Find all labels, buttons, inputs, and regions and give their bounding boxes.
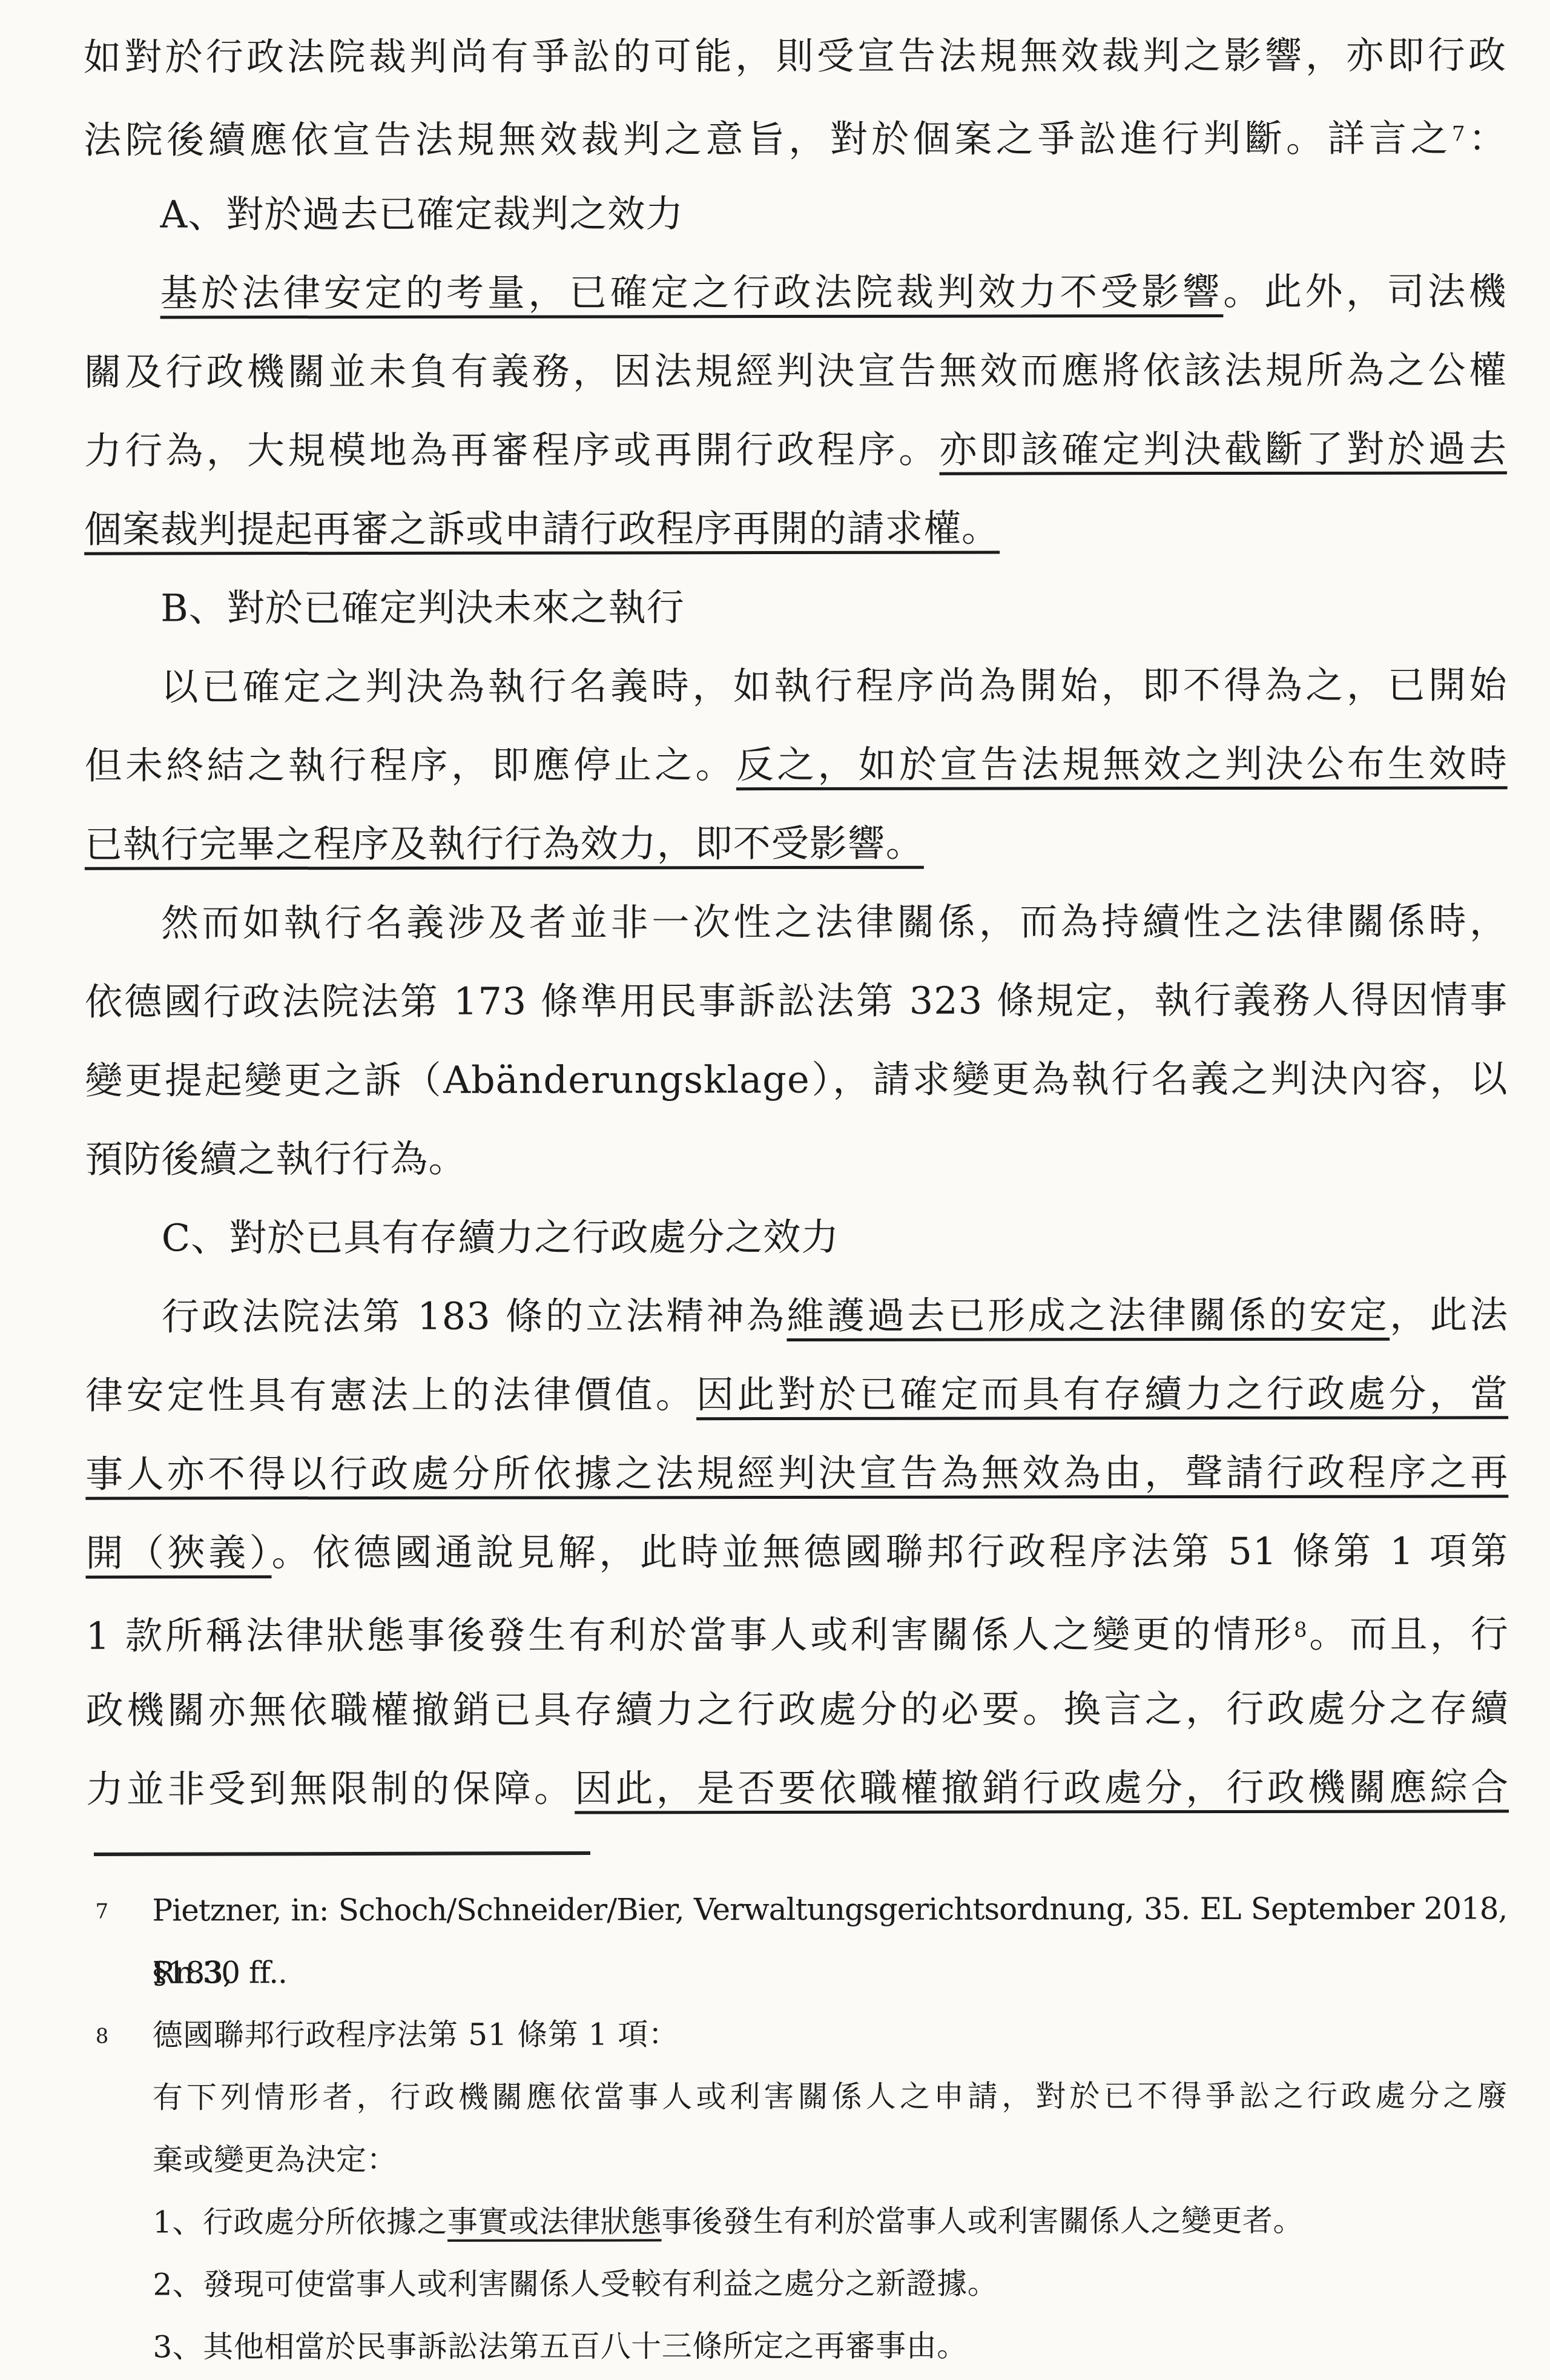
footnote-marker: 8 [96, 2006, 109, 2068]
underlined-segment: 反之，如於宣告法規無效之判決公布生效時 [736, 741, 1508, 787]
footnote-8-item-2: 2、發現可使當事人或利害關係人受較有利益之處分之新證據。 [85, 2252, 1508, 2316]
section-heading-c: C、對於已具有存續力之行政處分之效力 [85, 1197, 1508, 1277]
body-line: 然而如執行名義涉及者並非一次性之法律關係，而為持續性之法律關係時， [85, 882, 1508, 962]
body-line: 力並非受到無限制的保障。因此，是否要依職權撤銷行政處分，行政機關應綜合 [86, 1748, 1509, 1828]
footnote-7-line: 7Pietzner, in: Schoch/Schneider/Bier, Ve… [84, 1877, 1507, 1942]
text-segment: 力並非受到無限制的保障。 [86, 1767, 575, 1811]
text-segment: 。依德國通說見解，此時並無德國聯邦行政程序法第 51 條第 1 項第 [271, 1529, 1508, 1575]
footnote-separator [94, 1851, 590, 1856]
footnote-text: 棄或變更為決定： [153, 2142, 397, 2178]
text-segment: 。此外，司法機 [1223, 269, 1506, 314]
text-segment: 力行為，大規模地為再審程序或再開行政程序。 [84, 428, 940, 473]
text-segment: ： [1465, 116, 1507, 160]
section-heading-b: B、對於已確定判決未來之執行 [84, 567, 1507, 647]
text-segment: 行政法院法第 183 條的立法精神為 [162, 1294, 787, 1338]
footnote-ref-8: 8 [1294, 1618, 1307, 1642]
body-line: 如對於行政法院裁判尚有爭訟的可能，則受宣告法規無效裁判之影響，亦即行政 [84, 16, 1506, 96]
footnote-text: 有下列情形者，行政機關應依當事人或利害關係人之申請，對於已不得爭訟之行政處分之廢 [153, 2078, 1508, 2115]
footnote-text: 3、其他相當於民事訴訟法第五百八十三條所定之再審事由。 [153, 2329, 967, 2365]
body-line: 個案裁判提起再審之訴或申請行政程序再開的請求權。 [84, 488, 1507, 569]
body-line: 法院後續應依宣告法規無效裁判之意旨，對於個案之爭訟進行判斷。詳言之7： [84, 94, 1506, 175]
underlined-segment: 基於法律安定的考量，已確定之行政法院裁判效力不受影響 [160, 269, 1223, 315]
body-line: 變更提起變更之訴（Abänderungsklage），請求變更為執行名義之判決內… [85, 1039, 1508, 1120]
footnote-8-line: 有下列情形者，行政機關應依當事人或利害關係人之申請，對於已不得爭訟之行政處分之廢 [85, 2064, 1508, 2129]
text-segment: 然而如執行名義涉及者並非一次性之法律關係，而為持續性之法律關係時， [161, 899, 1508, 945]
underlined-segment: 個案裁判提起再審之訴或申請行政程序再開的請求權。 [84, 506, 1000, 552]
scanned-document-page: 如對於行政法院裁判尚有爭訟的可能，則受宣告法規無效裁判之影響，亦即行政 法院後續… [0, 0, 1550, 2380]
body-line: 行政法院法第 183 條的立法精神為維護過去已形成之法律關係的安定，此法 [85, 1275, 1508, 1356]
text-segment: 變更提起變更之訴（Abänderungsklage），請求變更為執行名義之判決內… [85, 1056, 1508, 1102]
underlined-segment: 亦即該確定判決截斷了對於過去 [939, 426, 1507, 471]
document-body: 如對於行政法院裁判尚有爭訟的可能，則受宣告法規無效裁判之影響，亦即行政 法院後續… [84, 16, 1509, 1828]
heading-text: A、對於過去已確定裁判之效力 [160, 191, 684, 236]
text-segment: 預防後續之執行行為。 [85, 1137, 466, 1182]
underlined-segment: 開（狹義） [85, 1530, 271, 1575]
body-line: 關及行政機關並未負有義務，因法規經判決宣告無效而應將依該法規所為之公權 [84, 331, 1507, 411]
body-line: 預防後續之執行行為。 [85, 1118, 1508, 1198]
text-segment: 法院後續應依宣告法規無效裁判之意旨，對於個案之爭訟進行判斷。詳言之 [84, 116, 1452, 162]
footnote-8-item-3: 3、其他相當於民事訴訟法第五百八十三條所定之再審事由。 [85, 2314, 1508, 2378]
underlined-segment: 已執行完畢之程序及執行行為效力，即不受影響。 [85, 821, 924, 867]
text-segment: 政機關亦無依職權撤銷已具存續力之行政處分的必要。換言之，行政處分之存續 [86, 1686, 1509, 1732]
body-line: 已執行完畢之程序及執行行為效力，即不受影響。 [85, 803, 1508, 884]
body-line: 政機關亦無依職權撤銷已具存續力之行政處分的必要。換言之，行政處分之存續 [86, 1669, 1509, 1750]
heading-text: C、對於已具有存續力之行政處分之效力 [162, 1215, 840, 1260]
footnote-8-item-1: 1、行政處分所依據之事實或法律狀態事後發生有利於當事人或利害關係人之變更者。 [85, 2189, 1508, 2253]
footnote-marker: 7 [95, 1881, 108, 1943]
section-heading-a: A、對於過去已確定裁判之效力 [84, 173, 1506, 254]
footnote-ref-7: 7 [1452, 122, 1465, 146]
heading-text: B、對於已確定判決未來之執行 [160, 585, 685, 630]
footnote-text: Rn.30 ff.. [153, 1955, 287, 1990]
underlined-segment: 維護過去已形成之法律關係的安定 [787, 1293, 1390, 1338]
body-line: 但未終結之執行程序，即應停止之。反之，如於宣告法規無效之判決公布生效時 [85, 724, 1508, 805]
footnote-text: 1、行政處分所依據之 [153, 2204, 447, 2240]
body-line: 律安定性具有憲法上的法律價值。因此對於已確定而具有存續力之行政處分，當 [85, 1354, 1508, 1435]
text-segment: ，此法 [1390, 1292, 1508, 1337]
footnote-8-line: 棄或變更為決定： [85, 2127, 1508, 2191]
underlined-segment: 事人亦不得以行政處分所依據之法規經判決宣告為無效為由，聲請行政程序之再 [85, 1450, 1508, 1496]
underlined-segment: 事實或法律狀態 [447, 2204, 662, 2239]
body-line: 事人亦不得以行政處分所依據之法規經判決宣告為無效為由，聲請行政程序之再 [85, 1433, 1508, 1513]
footnote-text: 事後發生有利於當事人或利害關係人之變更者。 [661, 2203, 1304, 2239]
text-segment: 但未終結之執行程序，即應停止之。 [85, 742, 736, 788]
underlined-segment: 因此對於已確定而具有存續力之行政處分，當 [696, 1371, 1508, 1416]
body-line: 1 款所稱法律狀態事後發生有利於當事人或利害關係人之變更的情形8。而且，行 [86, 1590, 1509, 1671]
body-line: 依德國行政法院法第 173 條準用民事訴訟法第 323 條規定，執行義務人得因情… [85, 960, 1508, 1041]
text-segment: 如對於行政法院裁判尚有爭訟的可能，則受宣告法規無效裁判之影響，亦即行政 [84, 33, 1506, 79]
underlined-segment: 因此，是否要依職權撤銷行政處分，行政機關應綜合 [575, 1765, 1509, 1810]
footnote-7-line: Rn.30 ff.. [85, 1940, 1508, 2004]
text-segment: 關及行政機關並未負有義務，因法規經判決宣告無效而應將依該法規所為之公權 [84, 348, 1507, 394]
text-segment: 以已確定之判決為執行名義時，如執行程序尚為開始，即不得為之，已開始 [160, 663, 1507, 709]
footnote-text: 德國聯邦行政程序法第 51 條第 1 項： [153, 2017, 679, 2052]
text-segment: 。而且，行 [1307, 1611, 1509, 1656]
footnotes: 7Pietzner, in: Schoch/Schneider/Bier, Ve… [84, 1877, 1508, 2378]
body-line: 力行為，大規模地為再審程序或再開行政程序。亦即該確定判決截斷了對於過去 [84, 409, 1507, 490]
footnote-8-line: 8德國聯邦行政程序法第 51 條第 1 項： [85, 2002, 1508, 2066]
body-line: 開（狹義）。依德國通說見解，此時並無德國聯邦行政程序法第 51 條第 1 項第 [85, 1512, 1508, 1592]
text-segment: 律安定性具有憲法上的法律價值。 [85, 1372, 696, 1417]
text-segment: 1 款所稱法律狀態事後發生有利於當事人或利害關係人之變更的情形 [86, 1612, 1294, 1658]
text-segment: 依德國行政法院法第 173 條準用民事訴訟法第 323 條規定，執行義務人得因情… [85, 977, 1508, 1023]
body-line: 以已確定之判決為執行名義時，如執行程序尚為開始，即不得為之，已開始 [84, 646, 1507, 726]
footnote-text: 2、發現可使當事人或利害關係人受較有利益之處分之新證據。 [153, 2266, 998, 2302]
body-line: 基於法律安定的考量，已確定之行政法院裁判效力不受影響。此外，司法機 [84, 252, 1506, 332]
